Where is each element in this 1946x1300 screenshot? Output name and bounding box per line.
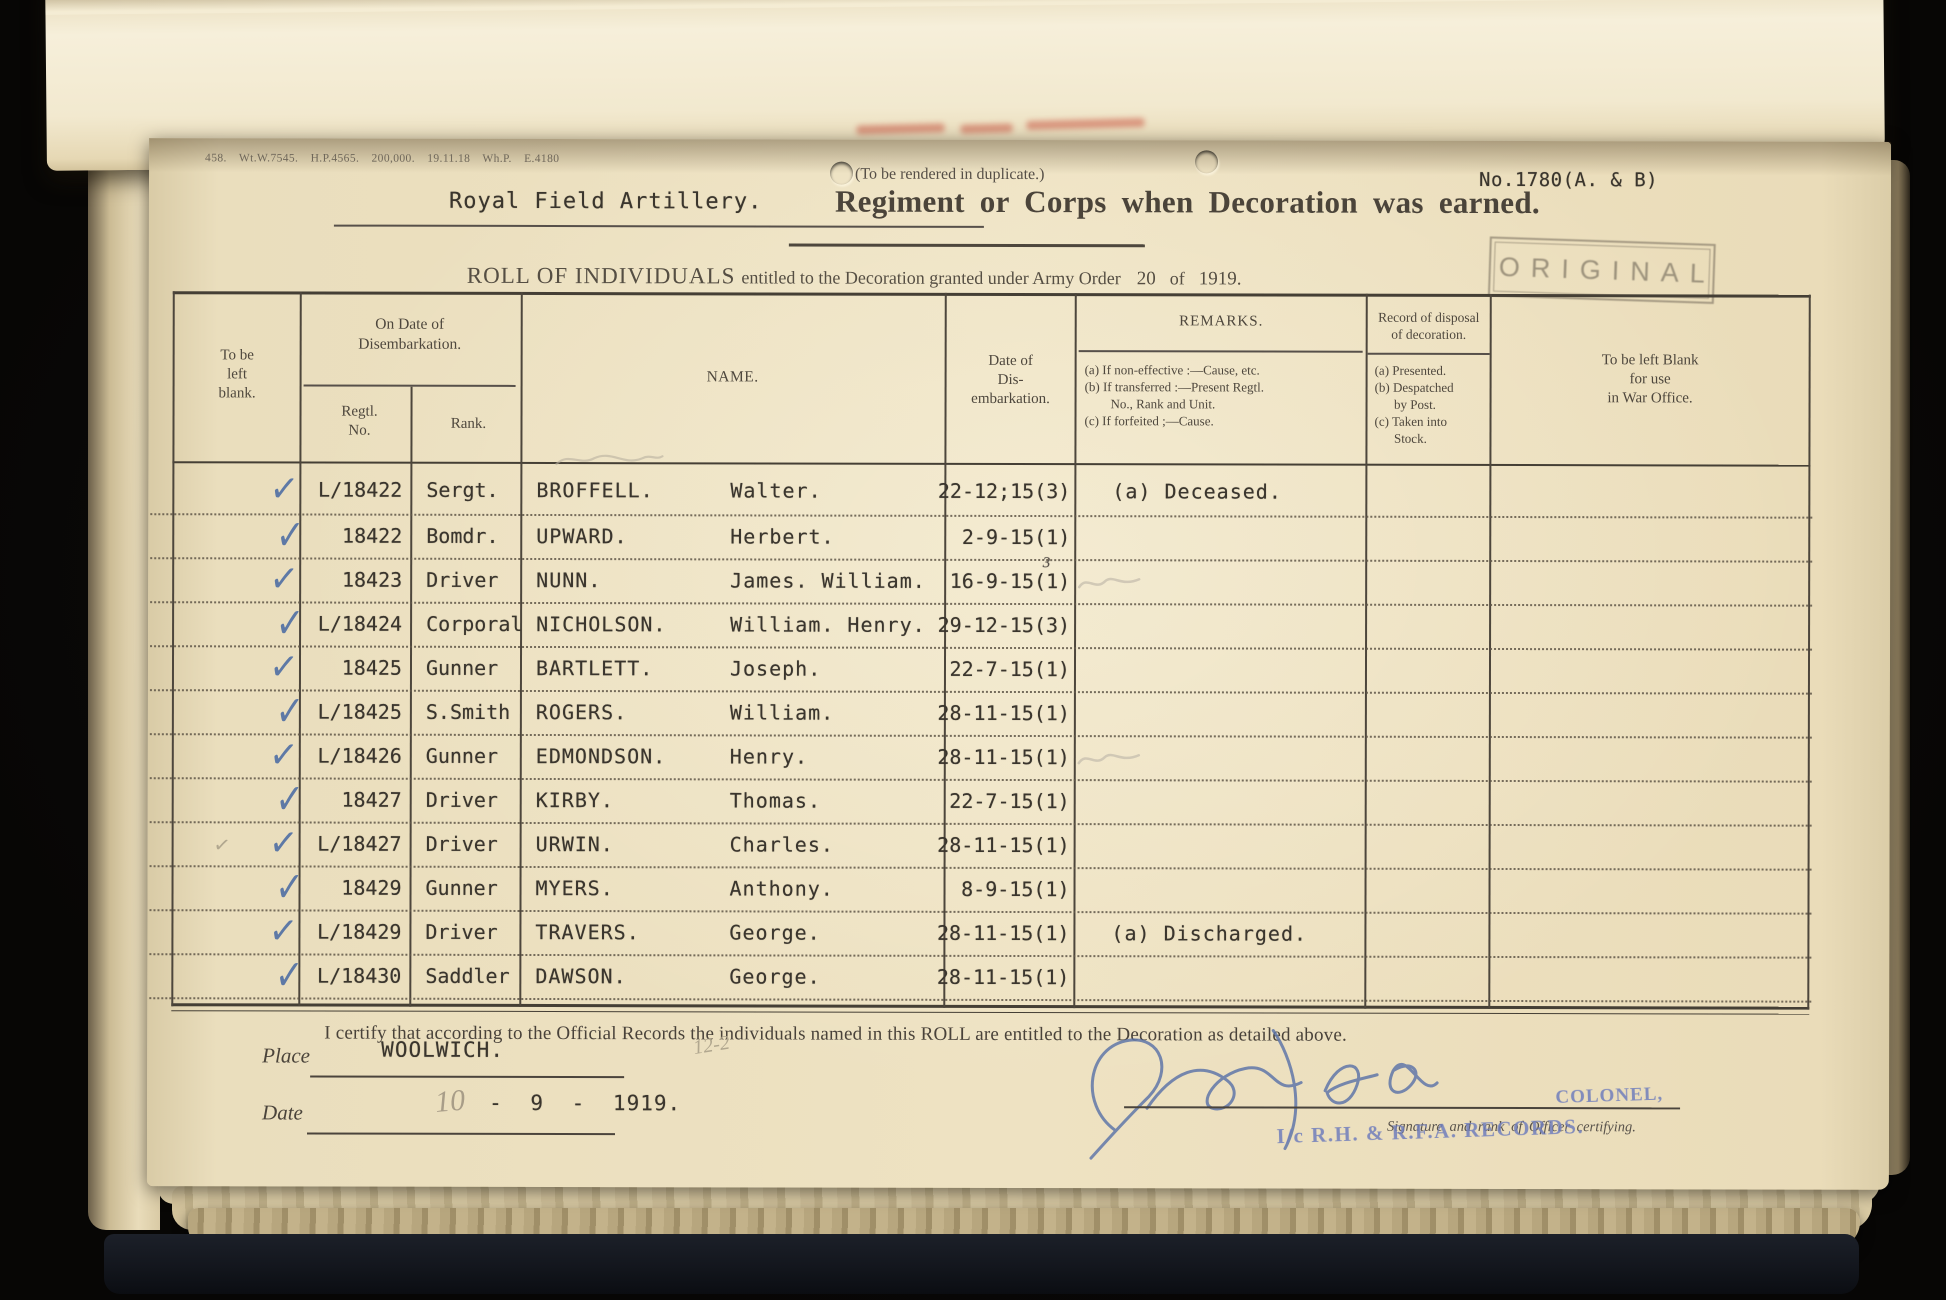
forename-cell: George.: [729, 964, 820, 988]
rank-cell: Bomdr.: [426, 524, 498, 548]
blue-ink-tick: ✓: [267, 818, 300, 867]
punch-hole: [1195, 150, 1218, 173]
table-row: ✓ ✓ 18423 Driver NUNN. James. William. 1…: [172, 559, 1810, 606]
surname-cell: NUNN.: [536, 568, 601, 592]
table-row: ✓ ✓ L/18429 Driver TRAVERS. George. 28-1…: [171, 911, 1809, 958]
heading-underline: [789, 244, 1145, 248]
ondate-underline: [304, 385, 516, 387]
regtl-no-cell: L/18429: [305, 920, 401, 944]
rank-cell: Saddler: [425, 964, 509, 988]
pencil-scribble: [1077, 749, 1141, 771]
photographed-book: 458. Wt.W.7545. H.P.4565. 200,000. 19.11…: [0, 0, 1946, 1300]
regtl-no-cell: 18427: [306, 788, 402, 812]
duplicate-note: (To be rendered in duplicate.): [855, 166, 1045, 184]
forename-cell: Thomas.: [730, 788, 821, 812]
regtl-no-cell: L/18426: [306, 744, 402, 768]
blue-ink-tick: ✓: [275, 597, 305, 649]
punch-hole: [830, 162, 853, 185]
pencil-date-day: 10: [434, 1084, 467, 1120]
date-cell: 2-9-15(1): [862, 525, 1070, 549]
forename-cell: Joseph.: [730, 656, 821, 680]
date-cell: 22-7-15(1): [862, 657, 1070, 681]
roll-title-caps: ROLL OF INDIVIDUALS: [467, 263, 736, 289]
place-value: WOOLWICH.: [381, 1038, 504, 1062]
date-cell: 8-9-15(1): [862, 877, 1070, 901]
regtl-no-cell: L/18424: [306, 612, 402, 636]
regtl-no-cell: 18425: [306, 656, 402, 680]
col-header-regtl-no: Regtl. No.: [303, 403, 415, 442]
book-cover: [104, 1234, 1859, 1294]
table-bottom-border: [171, 1003, 1809, 1009]
regtl-no-cell: L/18430: [305, 964, 401, 988]
col-header-name: NAME.: [525, 367, 941, 388]
place-line: [310, 1076, 624, 1078]
surname-cell: ROGERS.: [536, 700, 627, 724]
table-row: ✓ ✓ 18422 Bomdr. UPWARD. Herbert. 2-9-15…: [172, 515, 1810, 562]
table-rows: ✓ ✓ L/18422 Sergt. BROFFELL. Walter. 22-…: [171, 461, 1810, 1002]
regtl-no-cell: 18423: [306, 568, 402, 592]
table-bottom-border-2: [171, 1010, 1809, 1014]
blue-ink-tick: ✓: [274, 949, 304, 1001]
army-order-number: 20: [1137, 268, 1156, 289]
pencil-scribble: [554, 450, 664, 470]
surname-cell: BARTLETT.: [536, 656, 653, 680]
date-cell: 22-7-15(1): [862, 789, 1070, 813]
surname-cell: UPWARD.: [536, 524, 627, 548]
forename-cell: George.: [729, 920, 820, 944]
blue-ink-tick: ✓: [268, 464, 301, 513]
surname-cell: KIRBY.: [536, 788, 614, 812]
col-header-disposal: Record of disposal of decoration.: [1369, 309, 1489, 344]
form-print-reference: 458. Wt.W.7545. H.P.4565. 200,000. 19.11…: [205, 152, 559, 165]
army-order-of: of: [1170, 268, 1185, 288]
table-row: ✓ ✓ L/18427 Driver URWIN. Charles. 28-11…: [172, 823, 1810, 870]
date-cell: 22-12;15(3): [862, 479, 1070, 503]
pencil-tick: ✓: [212, 832, 232, 859]
forename-cell: Anthony.: [730, 876, 834, 900]
table-row: ✓ ✓ 18429 Gunner MYERS. Anthony. 8-9-15(…: [171, 867, 1809, 914]
remarks-underline: [1079, 350, 1363, 352]
blue-ink-tick: ✓: [267, 554, 300, 603]
col-header-remarks: REMARKS.: [1079, 312, 1364, 332]
army-order-year: 1919.: [1199, 268, 1242, 289]
roll-subtitle: entitled to the Decoration granted under…: [741, 267, 1120, 288]
rank-cell: Driver: [426, 568, 498, 592]
table-row: ✓ ✓ L/18422 Sergt. BROFFELL. Walter. 22-…: [172, 461, 1810, 518]
regtl-no-cell: L/18427: [306, 832, 402, 856]
blue-ink-tick: ✓: [267, 642, 300, 691]
surname-cell: NICHOLSON.: [536, 612, 666, 636]
col-header-disposal-detail: (a) Presented. (b) Despatched by Post. (…: [1374, 362, 1488, 447]
date-cell: 28-11-15(1): [861, 965, 1069, 989]
medal-roll-page: 458. Wt.W.7545. H.P.4565. 200,000. 19.11…: [147, 138, 1891, 1190]
col-header-blank: To be left blank.: [175, 346, 300, 404]
date-line: [307, 1133, 615, 1135]
forename-cell: William.: [730, 700, 834, 724]
date-cell: 28-11-15(1): [862, 701, 1070, 725]
col-header-remarks-detail: (a) If non-effective :—Cause, etc. (b) I…: [1084, 361, 1362, 430]
table-row: ✓ ✓ L/18426 Gunner EDMONDSON. Henry. 28-…: [172, 735, 1810, 782]
table-row: ✓ ✓ L/18424 Corporal NICHOLSON. William.…: [172, 603, 1810, 650]
surname-cell: MYERS.: [536, 876, 614, 900]
place-label: Place: [262, 1043, 310, 1068]
rank-cell: Corporal: [426, 612, 522, 636]
remarks-cell: (a) Discharged.: [1111, 921, 1307, 945]
blue-ink-tick: ✓: [274, 773, 304, 825]
rank-cell: Driver: [426, 832, 498, 856]
rank-cell: Gunner: [426, 744, 498, 768]
rank-cell: Driver: [426, 788, 498, 812]
rank-cell: S.Smith: [426, 700, 510, 724]
rank-cell: Gunner: [426, 876, 498, 900]
pencil-annotation: 12-2: [692, 1032, 732, 1060]
table-row: ✓ ✓ L/18425 S.Smith ROGERS. William. 28-…: [172, 691, 1810, 738]
rank-cell: Gunner: [426, 656, 498, 680]
rank-cell: Sergt.: [426, 478, 498, 502]
date-cell: 29-12-15(3): [862, 613, 1070, 637]
regtl-no-cell: 18422: [306, 524, 402, 548]
table-row: ✓ ✓ 18427 Driver KIRBY. Thomas. 22-7-15(…: [172, 779, 1810, 826]
regiment-underline: [334, 225, 984, 228]
table-row: ✓ ✓ 18425 Gunner BARTLETT. Joseph. 22-7-…: [172, 647, 1810, 694]
page-curl-crease: [45, 0, 1883, 15]
pencil-scribble: [1077, 573, 1141, 595]
remarks-cell: (a) Deceased.: [1112, 480, 1282, 504]
surname-cell: DAWSON.: [535, 964, 626, 988]
regtl-no-cell: L/18425: [306, 700, 402, 724]
date-cell: 28-11-15(1): [862, 833, 1070, 857]
surname-cell: TRAVERS.: [535, 920, 639, 944]
date-cell: 28-11-15(1): [862, 745, 1070, 769]
table-row: ✓ ✓ L/18430 Saddler DAWSON. George. 28-1…: [171, 955, 1809, 1002]
col-header-ondate: On Date of Disembarkation.: [304, 315, 516, 355]
forename-cell: Henry.: [730, 744, 808, 768]
date-cell: 16-9-15(1)3: [862, 569, 1070, 593]
stamp-colonel: COLONEL,: [1555, 1084, 1663, 1110]
handwritten-note: 3: [1043, 555, 1051, 572]
disposal-underline: [1368, 353, 1490, 355]
blue-ink-tick: ✓: [275, 509, 305, 561]
col-header-war-office: To be left Blank for use in War Office.: [1494, 351, 1807, 409]
date-label: Date: [262, 1100, 303, 1125]
date-cell: 28-11-15(1): [861, 921, 1069, 945]
forename-cell: Herbert.: [730, 524, 834, 548]
blue-ink-tick: ✓: [267, 906, 300, 955]
regtl-no-cell: 18429: [306, 876, 402, 900]
roll-title: ROLL OF INDIVIDUALSentitled to the Decor…: [467, 263, 1242, 291]
blue-ink-tick: ✓: [275, 685, 305, 737]
col-header-date: Date of Dis- embarkation.: [949, 352, 1073, 410]
date-value: - 9 - 1919.: [489, 1091, 681, 1115]
regtl-no-cell: L/18422: [306, 478, 402, 502]
col-header-rank: Rank.: [420, 415, 516, 434]
forename-cell: Walter.: [730, 479, 821, 503]
rank-cell: Driver: [425, 920, 497, 944]
surname-cell: BROFFELL.: [536, 478, 653, 502]
regiment-name: Royal Field Artillery.: [449, 189, 762, 215]
surname-cell: URWIN.: [536, 832, 614, 856]
forename-cell: Charles.: [730, 832, 834, 856]
surname-cell: EDMONDSON.: [536, 744, 666, 768]
blue-ink-tick: ✓: [267, 730, 300, 779]
page-title: Regiment or Corps when Decoration was ea…: [835, 184, 1635, 222]
blue-ink-tick: ✓: [274, 861, 304, 913]
